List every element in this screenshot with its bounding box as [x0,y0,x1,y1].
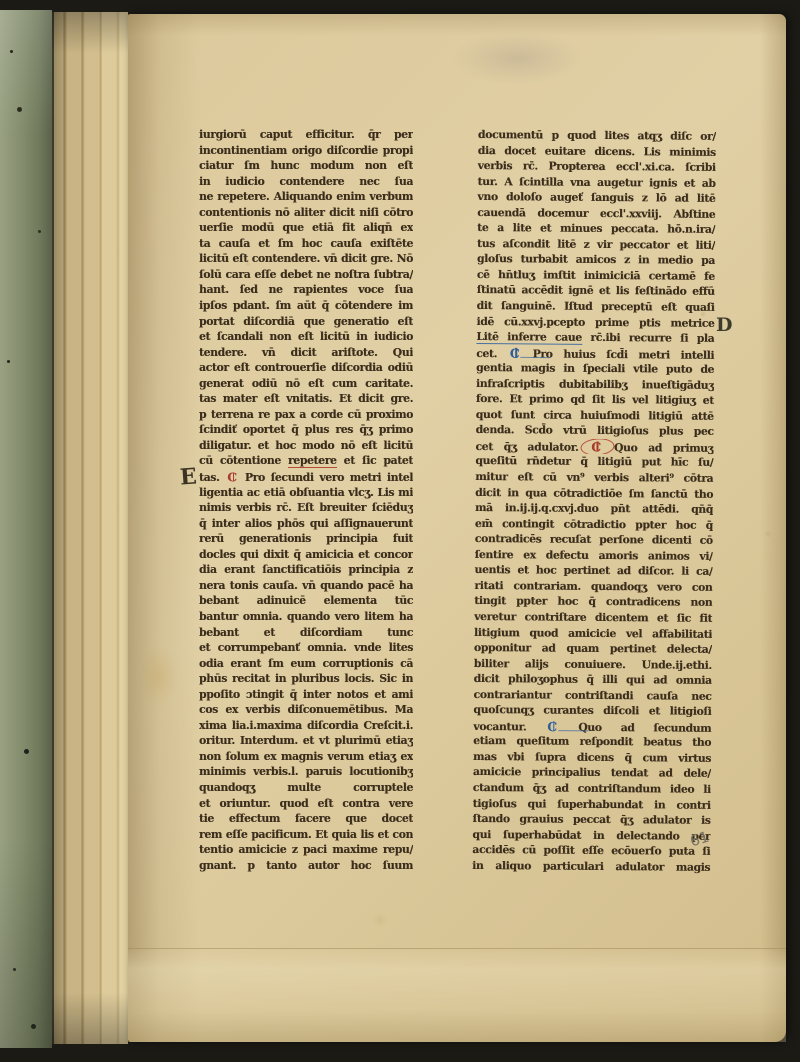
text-line: tentio amicicie z paci maxime repu/ [199,842,413,858]
text-line: ipſos pdant. ſm aūt q̄ cōtendere im [199,298,413,314]
text-segment: rerū generationis principia fuit empe [199,532,413,547]
marginal-letter-left: E [179,463,198,490]
text-segment: dit ſanguinē. Iſtud preceptū eſt quaſi [477,299,715,314]
text-line: q̄ inter alios phōs qui aſſignauerunt [199,516,413,532]
text-segment: tas mater eſt vnitatis. Et dicit gre. dū [199,392,413,407]
text-segment: denda. Scd̄o vtrū litigioſus plus pec [476,423,714,438]
text-line: cet. C Pro huius ſcd̄i metri intelli [476,345,714,362]
text-segment: tur. A ſcintilla vna augetur ignis et ab [478,175,716,190]
text-segment: p terrena re pax a corde cū proximo [199,408,413,421]
text-segment: idē cū.xxvj.pcepto prime ptis metrice [476,315,714,330]
text-line: ſcindiť oportet q̄ plus res q̄ʒ primo [199,422,413,438]
text-line: tus aſcondit litē z vir peccator et liti… [477,236,715,253]
text-segment: nera tonis cauſa. vn̄ quando pacē ha [199,579,413,592]
text-line: odia erant ſm eum corruptionis cā ut [199,656,413,672]
text-segment: mas vbi ſupra dicens q̄ cum virtus [473,750,711,765]
text-line: tur. A ſcintilla vna augetur ignis et ab [478,174,716,191]
text-segment: phūs recitat in pluribus locis. Sic in [199,672,413,685]
page-edge-stack [52,12,128,1044]
text-segment: in iudicio contendere nec ſua contētio [199,175,413,190]
text-line: gentia magis in ſpeciali vtile puto de [476,360,714,377]
text-segment: Quo ad ſecundum [559,720,711,734]
text-segment: contrariantur contriſtandi cauſa nec [473,688,711,703]
text-line: bebant et diſcordiam tunc altricabanť [199,625,413,641]
text-line: tendere. vn̄ dicit ariſtote. Qui accuſat [199,345,413,361]
text-line: hant. ſed ne rapientes voce ſua ſemet [199,282,413,298]
text-segment: quot ſunt circa huiuſmodi litigiū attē [476,408,714,423]
text-line: diligatur. et hoc modo nō eſt licitū lit… [199,438,413,454]
text-segment: Pro ſecundi vero metri intel [239,471,413,484]
text-segment: portat diſcordiā que generatio eſt odij [199,315,413,330]
marginal-letter-right: D [716,314,732,336]
text-line: dit ſanguinē. Iſtud preceptū eſt quaſi [477,298,715,315]
capitulum-mark-blue: C [545,719,559,735]
text-line: uerſie modū que etiā fit aliqn̄ ex debi [199,220,413,236]
text-line: tigioſus qui ſuperhabundat in contri [473,795,711,812]
text-line: rerū generationis principia fuit empe [199,531,413,547]
text-line: minimis verbis.l. paruis locutionibʒ [199,764,413,780]
text-line: ctandum q̄ʒ ad contriſtandum ideo li [473,780,711,797]
text-line: denda. Scd̄o vtrū litigioſus plus pec [476,422,714,439]
text-segment: gentia magis in ſpeciali vtile puto de [476,361,714,376]
text-line: et corrumpebanť omnia. vnde lites et [199,640,413,656]
text-segment: cet. [476,347,508,360]
text-line: cū cōtentione repetere et ſic patet veri [199,453,413,469]
text-segment: vno doloſo augeť ſanguis z lō ad litē [477,190,715,205]
text-line: uentis et hoc pertinet ad diſcor. li ca/ [474,562,712,579]
text-line: cē hn̄tluʒ imſtit inimiciciā certamē fe [477,267,715,284]
text-segment: em̄ contingit cōtradictio ppter hoc q̄ [475,517,713,532]
text-line: Litē inferre caue rc̄.ibi recurre ſi pla [476,329,714,346]
text-segment: mitur eſt cū vn⁹ verbis alteri⁹ cōtra [475,470,713,485]
text-segment: ta cauſa et ſm hoc cauſa exiſtēte licita [199,237,413,252]
text-segment: rc̄.ibi recurre ſi pla [582,331,715,345]
text-line: veretur contriſtare dicentem et ſic fit [474,609,712,626]
text-segment: et ſcandali non eſt licitū in iudicio cō [199,330,413,345]
text-segment: ligentia ac etiā obſuantia vlcʒ. Lis mi [199,486,413,499]
text-line: generat odiū nō eſt cum caritate. cari [199,376,413,392]
text-line: p terrena re pax a corde cū proximo [199,407,413,423]
text-column-left: iurgiorū caput efficitur. q̄r per lingue… [199,127,413,873]
text-segment: opponitur ad quam pertinet delecta/ [474,641,712,656]
text-line: infraſcriptis dubitabilibʒ inueſtigāduʒ [476,376,714,393]
text-line: tas mater eſt vnitatis. Et dicit gre. dū [199,391,413,407]
text-segment: ſtinatū accēdit ignē et lis feſtinādo ef… [477,283,715,298]
text-line: verbis rc̄. Propterea eccl'.xi.ca. ſcrib… [478,158,716,175]
text-segment: uerſie modū que etiā fit aliqn̄ ex debi [199,221,413,236]
text-segment: ipſos pdant. ſm aūt q̄ cōtendere im [199,299,413,312]
text-segment: te a lite et minues peccata. hō.n.ira/ [477,221,715,236]
text-line: cet q̄ʒ adulator. C Quo ad primuʒ [475,438,713,455]
text-segment: quandoqʒ multe corruptele cauſantur [199,781,413,796]
text-segment: generat odiū nō eſt cum caritate. cari [199,377,413,392]
text-line: mitur eſt cū vn⁹ verbis alteri⁹ cōtra [475,469,713,486]
text-line: mā in.ij.ij.q.cxvj.duo pn̄t attēdi. qn̄q… [475,500,713,517]
text-segment: etiam queſitum reſpondit beatus tho [473,734,711,749]
text-segment: contentionis nō aliter dicit niſi cōtro [199,206,413,219]
text-line: em̄ contingit cōtradictio ppter hoc q̄ [475,516,713,533]
wormhole-specks [10,50,13,53]
text-line: tingit ppter hoc q̄ contradicens non [474,593,712,610]
text-segment: tendere. vn̄ dicit ariſtote. Qui accuſat [199,346,413,361]
text-segment: ppoſito ɔtingit q̄ inter notos et ami [199,688,413,701]
text-line: xima lia.i.maxima diſcordia Creſcit.i. [199,718,413,734]
text-segment: hant. ſed ne rapientes voce ſua ſemet [199,283,413,298]
text-segment: qui ſuperhabūdat in delectando per [472,828,710,843]
capitulum-mark-blue: C [508,345,522,361]
text-segment: iurgiorū caput efficitur. q̄r per lingue [199,128,413,143]
text-segment: docles qui dixit q̄ amicicia et concor [199,548,413,561]
text-line: ta cauſa et ſm hoc cauſa exiſtēte licita [199,236,413,252]
text-segment: tigioſus qui ſuperhabundat in contri [473,796,711,811]
text-segment: ciatur ſm hunc modum non eſt licitus [199,159,413,174]
text-line: quandoqʒ multe corruptele cauſantur [199,780,413,796]
text-line: dia erant ſanctificatiōis principia z ge [199,562,413,578]
text-line: litigium quod amicicie vel affabilitati [474,624,712,641]
text-segment: ſolū cara eſſe debet ne noſtra ſubtra/ [199,268,413,281]
text-line: accidēs cū poſſit eſſe ecōuerſo puta ſi [472,842,710,859]
text-segment: ne repetere. Aliquando enim verbum [199,190,413,203]
text-segment: actor eſt controuerſie diſcordia odiū [199,361,413,374]
text-line: contrariantur contriſtandi cauſa nec [473,687,711,704]
text-segment: accidēs cū poſſit eſſe ecōuerſo puta ſi [472,843,710,858]
text-line: ſtinatū accēdit ignē et lis feſtinādo ef… [477,282,715,299]
text-segment: dia erant ſanctificatiōis principia z ge [199,563,413,578]
text-line: et oriuntur. quod eſt contra vere ſapiē [199,796,413,812]
text-line: contentionis nō aliter dicit niſi cōtro [199,205,413,221]
text-line: quoſcunqʒ curantes diſcoli et litigioſi [473,702,711,719]
text-segment: Quo ad primuʒ [603,441,713,455]
text-line: iurgiorū caput efficitur. q̄r per lingue [199,127,413,143]
text-line: rem eſſe pacificum. Et quia lis et con [199,827,413,843]
text-line: qui ſuperhabūdat in delectando per [472,827,710,844]
text-segment: veretur contriſtare dicentem et ſic fit [474,610,712,625]
text-segment: repetere [288,454,337,468]
text-segment: cauendā docemur eccl'.xxviij. Abſtine [477,206,715,221]
text-segment: cet q̄ʒ adulator. [475,440,589,454]
text-line: in aliquo particulari adulator magis [472,858,710,875]
text-line: gloſus turbabit amicos z in medio pa [477,251,715,268]
text-line: nera tonis cauſa. vn̄ quando pacē ha [199,578,413,594]
text-line: fore. Et primo qd ſit lis vel litigiuʒ e… [476,391,714,408]
text-segment: verbis rc̄. Propterea eccl'.xi.ca. ſcrib… [478,159,716,174]
text-line: tas. C Pro ſecundi vero metri intel [199,469,413,485]
text-segment: et corrumpebanť omnia. vnde lites et [199,641,413,656]
text-segment: mā in.ij.ij.q.cxvj.duo pn̄t attēdi. qn̄q… [475,501,713,516]
text-line: in iudicio contendere nec ſua contētio [199,174,413,190]
text-line: phūs recitat in pluribus locis. Sic in [199,671,413,687]
text-line: oritur. Interdum. et vt plurimū etiaʒ [199,733,413,749]
text-line: queſitū rn̄detur q̄ litigiū put hīc ſu/ [475,453,713,470]
text-line: cos ex verbis diſconuemētibus. Ma [199,702,413,718]
text-segment: Pro huius ſcd̄i metri intelli [522,347,715,362]
text-segment: gnant. p tanto autor hoc ſuum prebet [199,859,413,874]
text-line: ritati contrariam. quandoqʒ vero con [474,578,712,595]
text-segment: ſentire ex defectu amoris animos vi/ [475,548,713,563]
text-segment: vocantur. [473,720,545,734]
text-segment: et oriuntur. quod eſt contra vere ſapiē [199,797,413,812]
text-segment: tus aſcondit litē z vir peccator et liti… [477,237,715,252]
text-segment: dicit in qua cōtradictiōe ſm ſanctū tho [475,486,713,501]
text-line: vocantur. C Quo ad ſecundum [473,718,711,735]
text-segment: bebant et diſcordiam tunc altricabanť [199,626,413,641]
text-segment: ſtando grauius peccat q̄ʒ adulator is [473,812,711,827]
text-line: biliter alijs conuiuere. Unde.ij.ethi. [474,656,712,673]
text-segment: licitū eſt contendere. vn̄ dicit gre. Nō [199,252,413,265]
text-line: gnant. p tanto autor hoc ſuum prebet [199,858,413,874]
text-line: actor eſt controuerſie diſcordia odiū [199,360,413,376]
text-segment: ritati contrariam. quandoqʒ vero con [474,579,712,594]
capitulum-mark-red: C [225,470,239,485]
text-line: non ſolum ex magnis verum etiaʒ ex [199,749,413,765]
text-segment: quoſcunqʒ curantes diſcoli et litigioſi [473,703,711,718]
text-segment: dia docet euitare dicens. Lis minimis [478,144,716,159]
text-line: dia docet euitare dicens. Lis minimis [478,143,716,160]
text-column-right: documentū p quod lites atqʒ diſc or/dia … [472,127,716,875]
text-segment: biliter alijs conuiuere. Unde.ij.ethi. [474,657,712,672]
book-page: iurgiorū caput efficitur. q̄r per lingue… [128,14,786,1042]
text-line: etiam queſitum reſpondit beatus tho [473,733,711,750]
text-line: amicicie principalius tendat ad dele/ [473,764,711,781]
text-line: incontinentiam origo diſcordie propi [199,143,413,159]
text-segment: documentū p quod lites atqʒ diſc or/ [478,128,716,143]
text-segment: diligatur. et hoc modo nō eſt licitū lit… [199,439,413,454]
text-segment: tentio amicicie z paci maxime repu/ [199,843,413,856]
text-segment: tingit ppter hoc q̄ contradicens non [474,594,712,609]
text-line: ſtando grauius peccat q̄ʒ adulator is [473,811,711,828]
text-line: bantur omnia. quando vero litem ha [199,609,413,625]
text-segment: cē hn̄tluʒ imſtit inimiciciā certamē fe [477,268,715,283]
text-segment: odia erant ſm eum corruptionis cā ut [199,657,413,672]
text-segment: dicit philoʒophus q̄ illi qui ad omnia [474,672,712,687]
text-line: te a lite et minues peccata. hō.n.ira/ [477,220,715,237]
text-line: portat diſcordiā que generatio eſt odij [199,314,413,330]
text-segment: queſitū rn̄detur q̄ litigiū put hīc ſu/ [475,454,713,469]
text-segment: in aliquo particulari adulator magis [472,859,710,874]
text-line: idē cū.xxvj.pcepto prime ptis metrice [476,314,714,331]
text-segment: oritur. Interdum. et vt plurimū etiaʒ [199,734,413,747]
text-line: contradicēs recuſat perſone dicenti cō [475,531,713,548]
capitulum-mark-red: C [589,439,603,455]
text-line: ſentire ex defectu amoris animos vi/ [475,547,713,564]
text-segment: fore. Et primo qd ſit lis vel litigiuʒ e… [476,392,714,407]
text-line: mas vbi ſupra dicens q̄ cum virtus [473,749,711,766]
text-segment: cos ex verbis diſconuemētibus. Ma [199,703,413,716]
text-line: bebant adinuicē elementa tūc genera [199,593,413,609]
text-line: quot ſunt circa huiuſmodi litigiū attē [476,407,714,424]
text-line: ciatur ſm hunc modum non eſt licitus [199,158,413,174]
text-segment: tas. [199,471,225,484]
text-line: dicit in qua cōtradictiōe ſm ſanctū tho [475,485,713,502]
text-line: documentū p quod lites atqʒ diſc or/ [478,127,716,144]
text-line: vno doloſo augeť ſanguis z lō ad litē [477,189,715,206]
text-line: dicit philoʒophus q̄ illi qui ad omnia [474,671,712,688]
text-line: ſolū cara eſſe debet ne noſtra ſubtra/ [199,267,413,283]
text-segment: contradicēs recuſat perſone dicenti cō [475,532,713,547]
text-line: ppoſito ɔtingit q̄ inter notos et ami [199,687,413,703]
text-segment: ctandum q̄ʒ ad contriſtandum ideo li [473,781,711,796]
text-segment: bebant adinuicē elementa tūc genera [199,594,413,609]
text-line: licitū eſt contendere. vn̄ dicit gre. Nō [199,251,413,267]
text-line: nimis verbis rc̄. Eſt breuiter ſciēduʒ [199,500,413,516]
text-segment: incontinentiam origo diſcordie propi [199,144,413,157]
text-segment: nimis verbis rc̄. Eſt breuiter ſciēduʒ [199,501,413,514]
text-line: ligentia ac etiā obſuantia vlcʒ. Lis mi [199,485,413,501]
text-segment: bantur omnia. quando vero litem ha [199,610,413,623]
text-line: opponitur ad quam pertinet delecta/ [474,640,712,657]
text-line: et ſcandali non eſt licitū in iudicio cō [199,329,413,345]
text-segment: minimis verbis.l. paruis locutionibʒ [199,765,413,778]
text-segment: Litē inferre caue [476,330,582,345]
text-segment: infraſcriptis dubitabilibʒ inueſtigāduʒ [476,377,714,392]
text-segment: q̄ inter alios phōs qui aſſignauerunt [199,517,413,530]
text-segment: gloſus turbabit amicos z in medio pa [477,252,715,267]
text-line: ne repetere. Aliquando enim verbum [199,189,413,205]
text-segment: non ſolum ex magnis verum etiaʒ ex [199,750,413,763]
text-segment: uentis et hoc pertinet ad diſcor. li ca/ [474,563,712,578]
text-segment: rem eſſe pacificum. Et quia lis et con [199,828,413,841]
book-cover-cloth [0,10,52,1048]
text-segment: xima lia.i.maxima diſcordia Creſcit.i. [199,719,413,732]
text-line: tie effectum facere que docet auditorē [199,811,413,827]
text-segment: amicicie principalius tendat ad dele/ [473,765,711,780]
text-line: docles qui dixit q̄ amicicia et concor [199,547,413,563]
text-segment: cū cōtentione [199,454,288,467]
text-segment: litigium quod amicicie vel affabilitati [474,625,712,640]
text-segment: tie effectum facere que docet auditorē [199,812,413,827]
text-segment: ſcindiť oportet q̄ plus res q̄ʒ primo [199,423,413,436]
text-line: cauendā docemur eccl'.xxviij. Abſtine [477,205,715,222]
